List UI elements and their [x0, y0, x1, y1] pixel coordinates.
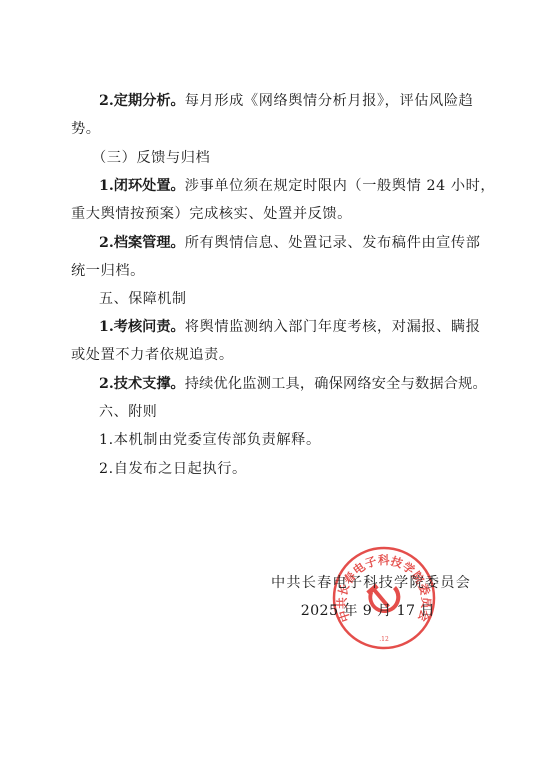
- paragraph-text: 每月形成《网络舆情分析月报》，评估风险趋: [185, 93, 474, 109]
- section-heading-guarantee: 五、保障机制: [99, 289, 471, 309]
- paragraph-continuation: 或处置不力者依规追责。: [71, 345, 471, 365]
- paragraph-accountability: 1.考核问责。将舆情监测纳入部门年度考核，对漏报、瞒报: [99, 317, 471, 337]
- svg-text:.12: .12: [379, 636, 389, 643]
- paragraph-text: 持续优化监测工具，确保网络安全与数据合规。: [185, 376, 487, 392]
- paragraph-closed-loop: 1.闭环处置。涉事单位须在规定时限内（一般舆情 24 小时，: [99, 176, 471, 196]
- section-heading-supplementary: 六、附则: [99, 402, 471, 422]
- signature-date: 2025 年 9 月 17 日: [0, 601, 535, 621]
- signature-organization: 中共长春电子科技学院委员会: [0, 573, 535, 593]
- document-page: 2.定期分析。每月形成《网络舆情分析月报》，评估风险趋 势。 （三）反馈与归档 …: [0, 0, 535, 760]
- paragraph-effective: 2.自发布之日起执行。: [99, 459, 471, 479]
- paragraph-text: 将舆情监测纳入部门年度考核，对漏报、瞒报: [185, 319, 481, 335]
- paragraph-lead: 1.闭环处置。: [99, 178, 185, 194]
- paragraph-text: 所有舆情信息、处置记录、发布稿件由宣传部: [185, 235, 481, 251]
- paragraph-tech-support: 2.技术支撑。持续优化监测工具，确保网络安全与数据合规。: [99, 374, 471, 394]
- paragraph-lead: 2.定期分析。: [99, 93, 185, 109]
- paragraph-continuation: 势。: [71, 119, 471, 139]
- paragraph-text: 涉事单位须在规定时限内（一般舆情 24 小时，: [185, 178, 495, 194]
- section-heading-feedback: （三）反馈与归档: [92, 148, 464, 168]
- paragraph-lead: 1.考核问责。: [99, 319, 185, 335]
- paragraph-archive: 2.档案管理。所有舆情信息、处置记录、发布稿件由宣传部: [99, 233, 471, 253]
- official-seal-icon: 中共长春电子科技学院委员会 .12: [331, 545, 437, 651]
- paragraph-lead: 2.技术支撑。: [99, 376, 185, 392]
- paragraph-lead: 2.档案管理。: [99, 235, 185, 251]
- paragraph-interpretation: 1.本机制由党委宣传部负责解释。: [99, 430, 471, 450]
- paragraph-continuation: 重大舆情按预案）完成核实、处置并反馈。: [71, 204, 471, 224]
- paragraph-continuation: 统一归档。: [71, 261, 471, 281]
- paragraph-regular-analysis: 2.定期分析。每月形成《网络舆情分析月报》，评估风险趋: [99, 91, 471, 111]
